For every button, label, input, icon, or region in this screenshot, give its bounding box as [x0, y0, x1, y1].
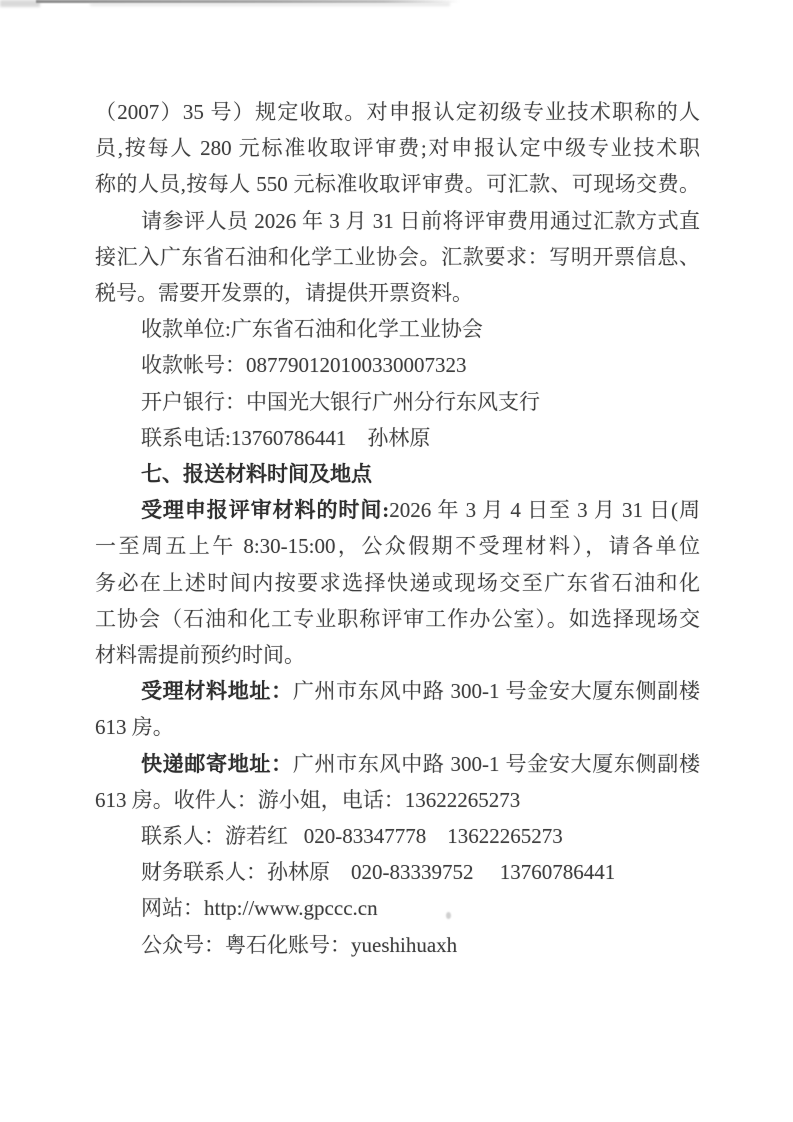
section-heading: 七、报送材料时间及地点	[95, 456, 700, 492]
website-line: 网站：http://www.gpccc.cn	[95, 890, 700, 926]
doc-line: 接汇入广东省石油和化学工业协会。汇款要求：写明开票信息、	[95, 239, 700, 275]
document-body: （2007）35 号）规定收取。对申报认定初级专业技术职称的人 员,按每人 28…	[95, 94, 700, 963]
line-text: 税号。需要开发票的，请提供开票资料。	[95, 281, 473, 305]
line-text: 一至周五上午 8:30-15:00，公众假期不受理材料），请各单位	[95, 534, 700, 558]
line-text: 接汇入广东省石油和化学工业协会。汇款要求：写明开票信息、	[95, 245, 700, 269]
line-text: 2026 年 3 月 4 日至 3 月 31 日(周	[389, 498, 700, 522]
line-text: 公众号：粤石化账号：yueshihuaxh	[141, 933, 457, 957]
mailing-address-line: 快递邮寄地址：广州市东风中路 300-1 号金安大厦东侧副楼	[95, 746, 700, 782]
line-bold-text: 快递邮寄地址：	[141, 752, 293, 776]
line-text: 财务联系人：孙林原 020-83339752 13760786441	[141, 860, 615, 884]
line-text: 联系电话:13760786441 孙林原	[141, 426, 430, 450]
line-text: 称的人员,按每人 550 元标准收取评审费。可汇款、可现场交费。	[95, 172, 700, 196]
doc-line: 工协会（石油和化工专业职称评审工作办公室）。如选择现场交	[95, 601, 700, 637]
line-text: （2007）35 号）规定收取。对申报认定初级专业技术职称的人	[95, 100, 700, 124]
doc-line: 税号。需要开发票的，请提供开票资料。	[95, 275, 700, 311]
line-bold-text: 七、报送材料时间及地点	[141, 462, 372, 486]
payee-name-line: 收款单位:广东省石油和化学工业协会	[95, 311, 700, 347]
contact-phone-line: 联系电话:13760786441 孙林原	[95, 420, 700, 456]
line-text: 员,按每人 280 元标准收取评审费;对申报认定中级专业技术职	[95, 136, 700, 160]
doc-line: 材料需提前预约时间。	[95, 637, 700, 673]
doc-line: 务必在上述时间内按要求选择快递或现场交至广东省石油和化	[95, 565, 700, 601]
line-text: 请参评人员 2026 年 3 月 31 日前将评审费用通过汇款方式直	[141, 209, 700, 233]
line-text: 收款单位:广东省石油和化学工业协会	[141, 317, 483, 341]
line-text: 材料需提前预约时间。	[95, 643, 305, 667]
line-bold-text: 受理申报评审材料的时间:	[141, 498, 389, 522]
doc-line: 613 房。	[95, 709, 700, 745]
recipient-line: 613 房。收件人：游小姐，电话：13622265273	[95, 782, 700, 818]
doc-line: （2007）35 号）规定收取。对申报认定初级专业技术职称的人	[95, 94, 700, 130]
line-text: 联系人：游若红 020-83347778 13622265273	[141, 824, 563, 848]
finance-contact-line: 财务联系人：孙林原 020-83339752 13760786441	[95, 854, 700, 890]
doc-line: 受理申报评审材料的时间:2026 年 3 月 4 日至 3 月 31 日(周	[95, 492, 700, 528]
line-text: 务必在上述时间内按要求选择快递或现场交至广东省石油和化	[95, 571, 700, 595]
doc-line: 请参评人员 2026 年 3 月 31 日前将评审费用通过汇款方式直	[95, 203, 700, 239]
bank-account-line: 收款帐号：087790120100330007323	[95, 347, 700, 383]
line-text: 网站：http://www.gpccc.cn	[141, 896, 378, 920]
line-text: 广州市东风中路 300-1 号金安大厦东侧副楼	[293, 752, 700, 776]
line-bold-text: 受理材料地址：	[141, 679, 293, 703]
line-text: 613 房。收件人：游小姐，电话：13622265273	[95, 788, 520, 812]
doc-line: 称的人员,按每人 550 元标准收取评审费。可汇款、可现场交费。	[95, 166, 700, 202]
line-text: 广州市东风中路 300-1 号金安大厦东侧副楼	[293, 679, 700, 703]
contact-person-line: 联系人：游若红 020-83347778 13622265273	[95, 818, 700, 854]
line-text: 开户银行：中国光大银行广州分行东风支行	[141, 390, 540, 414]
scanned-document-page: （2007）35 号）规定收取。对申报认定初级专业技术职称的人 员,按每人 28…	[0, 0, 793, 1122]
doc-line: 员,按每人 280 元标准收取评审费;对申报认定中级专业技术职	[95, 130, 700, 166]
line-text: 工协会（石油和化工专业职称评审工作办公室）。如选择现场交	[95, 607, 700, 631]
scan-artifact-top-strip-faint	[90, 3, 450, 6]
wechat-account-line: 公众号：粤石化账号：yueshihuaxh	[95, 927, 700, 963]
doc-line: 一至周五上午 8:30-15:00，公众假期不受理材料），请各单位	[95, 528, 700, 564]
line-text: 收款帐号：087790120100330007323	[141, 353, 467, 377]
delivery-address-line: 受理材料地址：广州市东风中路 300-1 号金安大厦东侧副楼	[95, 673, 700, 709]
scan-artifact-top-left-smudge	[0, 0, 40, 7]
line-text: 613 房。	[95, 715, 174, 739]
bank-name-line: 开户银行：中国光大银行广州分行东风支行	[95, 384, 700, 420]
